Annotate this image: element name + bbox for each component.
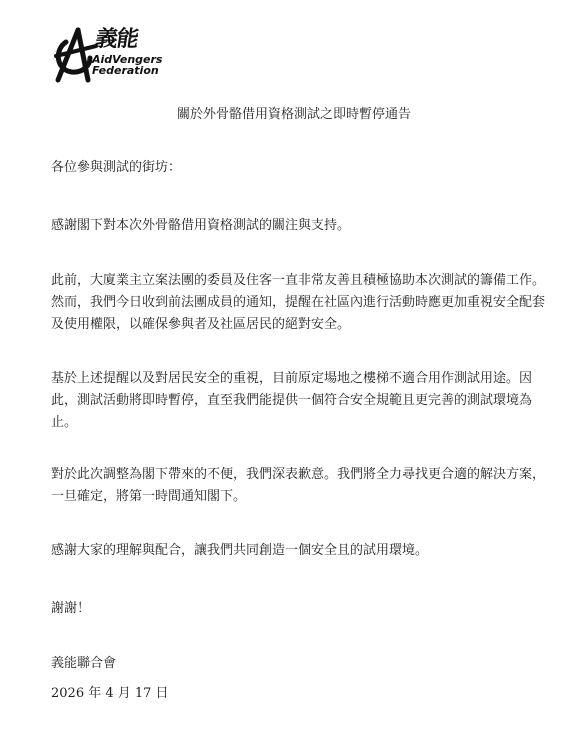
- paragraph-background: 此前，大廈業主立案法團的委員及住客一直非常友善且積極協助本次測試的籌備工作。然而…: [51, 270, 551, 336]
- closing: 謝謝！: [51, 598, 551, 620]
- signature: 義能聯合會: [51, 653, 551, 675]
- greeting: 各位參與測試的街坊：: [51, 157, 551, 179]
- date: 2026 年 4 月 17 日: [51, 683, 551, 705]
- paragraph-suspension: 基於上述提醒以及對居民安全的重視，目前原定場地之樓梯不適合用作測試用途。因此，測…: [51, 368, 551, 434]
- logo-chinese-name: 義能: [94, 22, 140, 53]
- logo-english-name-line2: Federation: [92, 65, 159, 76]
- paragraph-apology: 對於此次調整為閣下帶來的不便，我們深表歉意。我們將全力尋找更合適的解決方案，一旦…: [51, 464, 551, 508]
- notice-title: 關於外骨骼借用資格測試之即時暫停通告: [0, 103, 588, 122]
- paragraph-appreciation: 感謝大家的理解與配合，讓我們共同創造一個安全且的試用環境。: [51, 540, 551, 562]
- paragraph-thanks: 感謝閣下對本次外骨骼借用資格測試的關注與支持。: [51, 215, 551, 237]
- organization-logo: 義能 AidVengers Federation: [52, 24, 182, 84]
